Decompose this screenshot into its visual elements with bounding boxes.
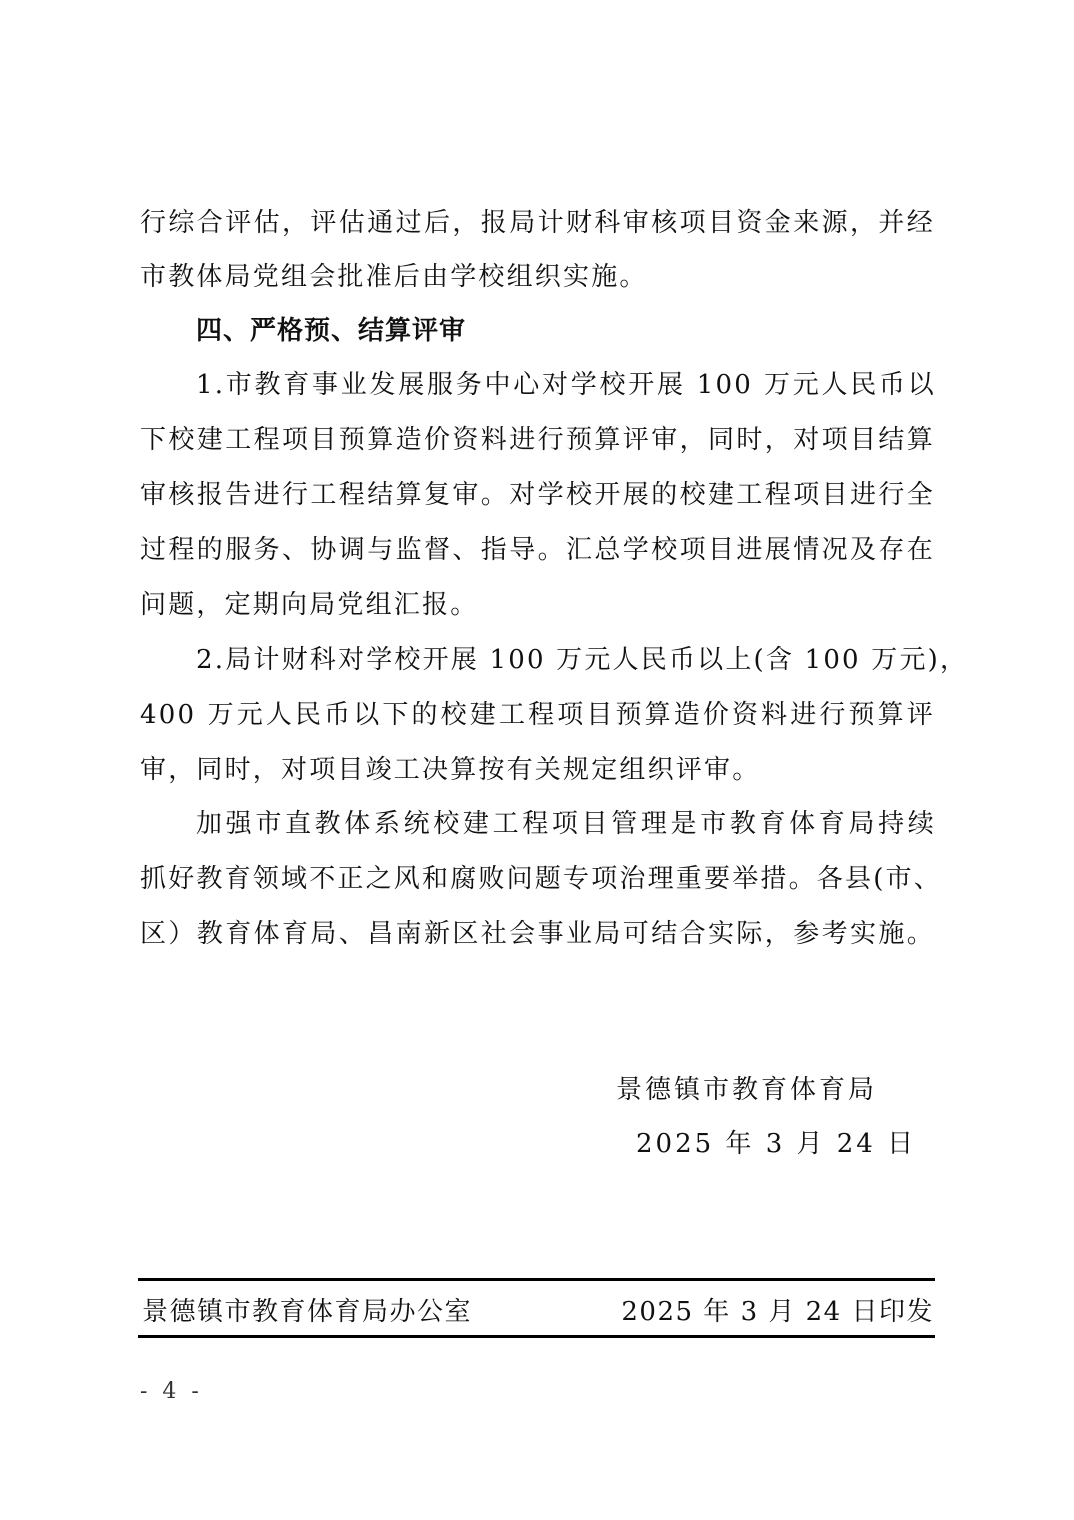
paragraph-line: 审，同时，对项目竣工决算按有关规定组织评审。 [140, 754, 935, 786]
page-number: - 4 - [140, 1378, 203, 1406]
footer-bottom-rule [138, 1335, 935, 1338]
paragraph-line: 行综合评估，评估通过后，报局计财科审核项目资金来源，并经 [140, 207, 935, 239]
paragraph-line: 过程的服务、协调与监督、指导。汇总学校项目进展情况及存在 [140, 534, 935, 566]
paragraph-line: 2.局计财科对学校开展 100 万元人民币以上(含 100 万元)， [196, 644, 936, 676]
paragraph-line: 区）教育体育局、昌南新区社会事业局可结合实际，参考实施。 [140, 918, 935, 950]
paragraph-line: 审核报告进行工程结算复审。对学校开展的校建工程项目进行全 [140, 479, 935, 511]
paragraph-line: 下校建工程项目预算造价资料进行预算评审，同时，对项目结算 [140, 424, 935, 456]
paragraph-line: 市教体局党组会批准后由学校组织实施。 [140, 261, 935, 293]
paragraph-line: 加强市直教体系统校建工程项目管理是市教育体育局持续 [196, 808, 936, 840]
paragraph-line: 问题，定期向局党组汇报。 [140, 589, 935, 621]
footer-issue-date: 2025 年 3 月 24 日印发 [621, 1296, 934, 1328]
footer-top-rule [138, 1278, 935, 1281]
paragraph-line: 400 万元人民币以下的校建工程项目预算造价资料进行预算评 [140, 699, 935, 731]
signature-date: 2025 年 3 月 24 日 [636, 1128, 916, 1160]
footer-issuer: 景德镇市教育体育局办公室 [142, 1296, 472, 1328]
paragraph-line: 抓好教育领域不正之风和腐败问题专项治理重要举措。各县(市、 [140, 863, 935, 895]
section-heading: 四、严格预、结算评审 [196, 315, 936, 347]
paragraph-line: 1.市教育事业发展服务中心对学校开展 100 万元人民币以 [196, 369, 936, 401]
signature-organization: 景德镇市教育体育局 [616, 1074, 877, 1106]
